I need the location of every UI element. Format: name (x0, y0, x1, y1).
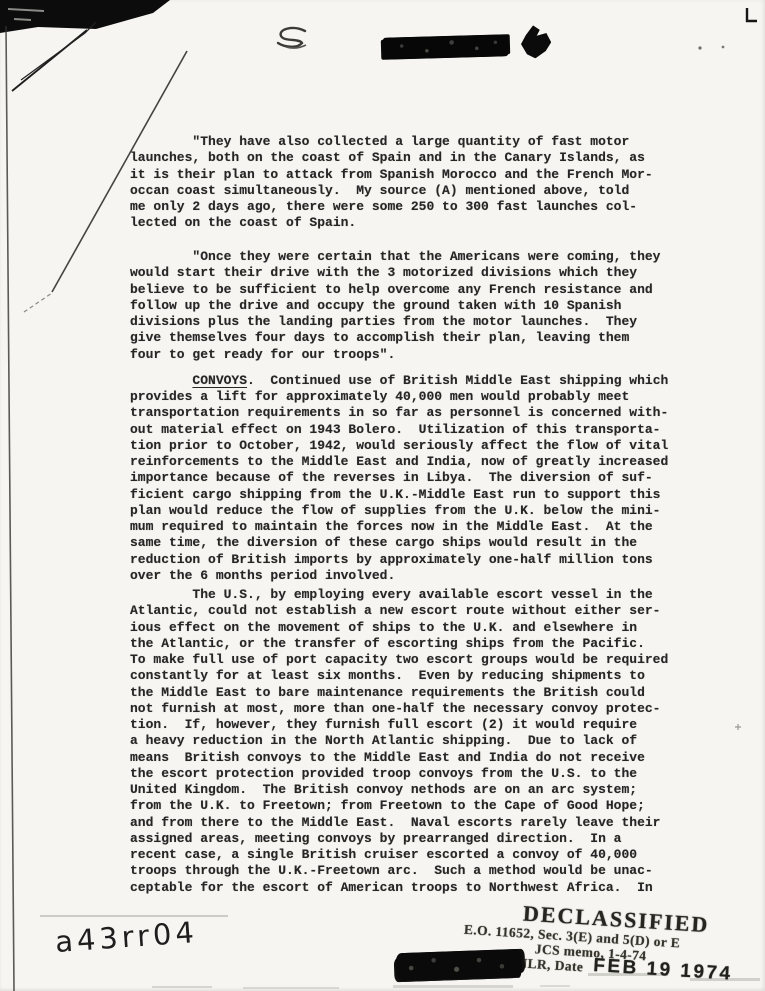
scribble-mark (278, 28, 305, 47)
convoys-heading: CONVOYS (192, 373, 247, 388)
pen-line-faint-tail (24, 293, 52, 312)
redaction-blob-bottom (396, 949, 523, 981)
paragraph-american-drive: "Once they were certain that the America… (130, 249, 661, 363)
page-corner-fold (0, 0, 170, 33)
plus-speck (735, 724, 741, 730)
convoys-heading-rest: . Continued use of British Middle East s… (247, 373, 668, 388)
speck (722, 46, 725, 49)
faint-line (243, 987, 339, 989)
speck (698, 46, 701, 49)
paragraph-us-escorts: The U.S., by employing every available e… (130, 587, 668, 896)
faint-line (40, 915, 228, 917)
heading-indent (130, 373, 192, 388)
redaction-bar-top (383, 34, 509, 59)
faint-line (540, 985, 570, 987)
crop-mark (746, 8, 757, 22)
faint-line (393, 985, 513, 988)
paragraph-motor-launches: "They have also collected a large quanti… (130, 134, 653, 232)
page-edge-line (6, 26, 14, 991)
scanned-document-page: "They have also collected a large quanti… (0, 0, 765, 991)
convoys-heading-line: CONVOYS. Continued use of British Middle… (130, 373, 668, 389)
faint-line (152, 986, 212, 988)
paragraph-convoys: provides a lift for approximately 40,000… (130, 389, 668, 584)
